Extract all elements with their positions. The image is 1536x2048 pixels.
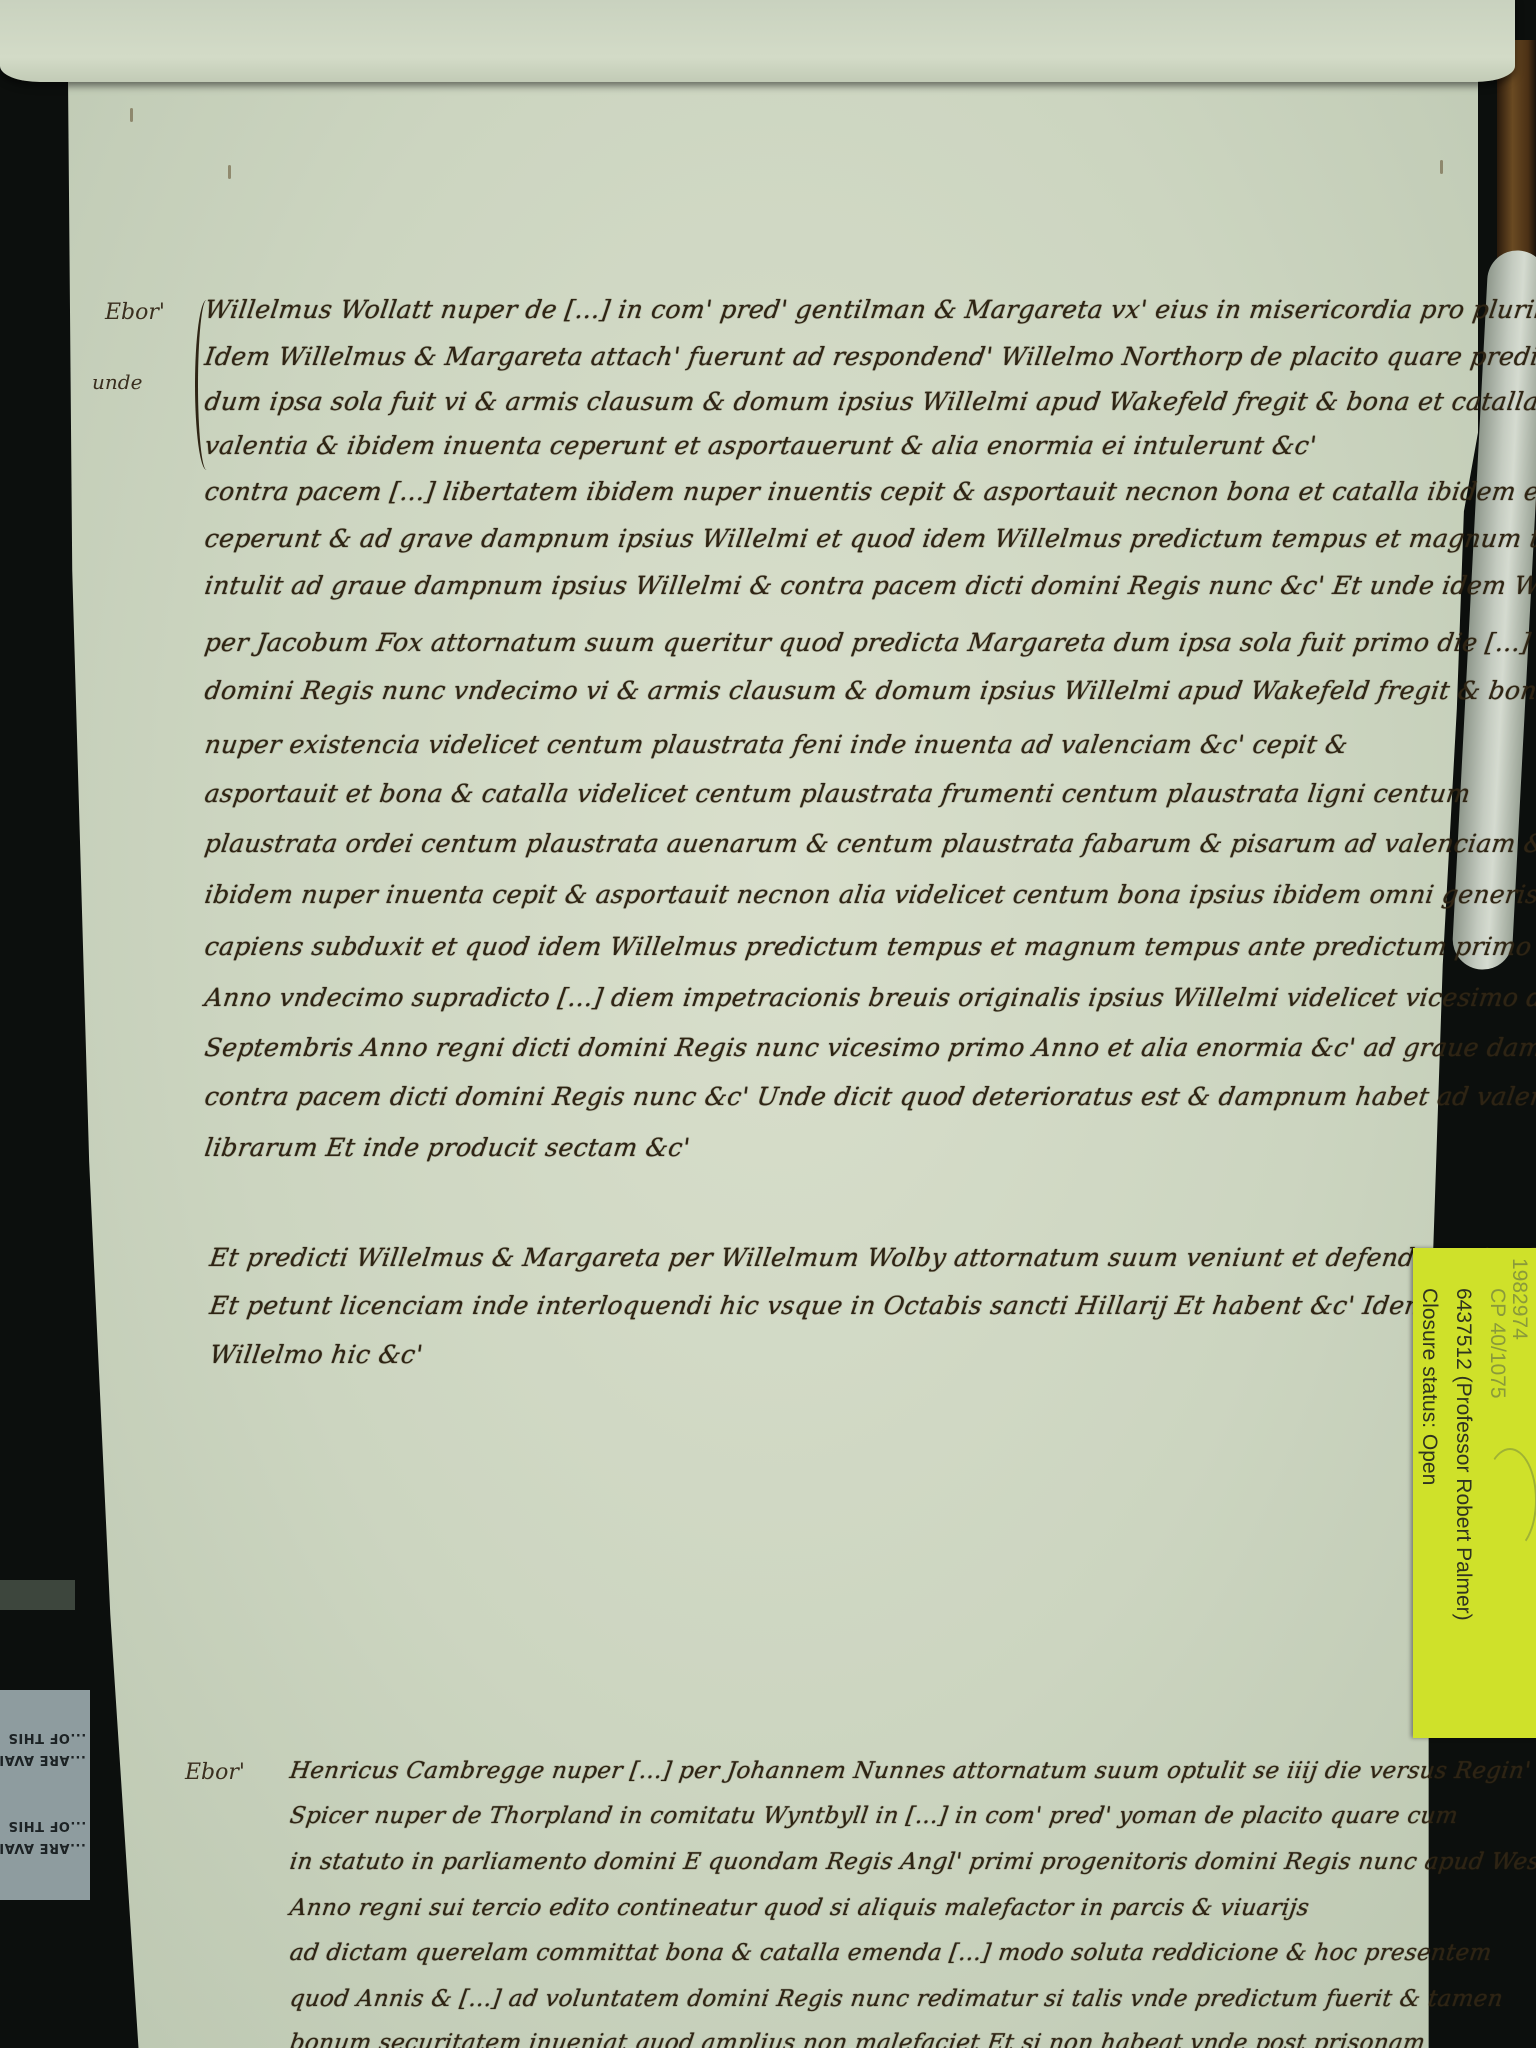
margin-note-county: Ebor' <box>105 300 165 325</box>
ink-speck <box>228 165 231 179</box>
manuscript-line: contra pacem [...] libertatem ibidem nup… <box>203 477 1536 506</box>
label-line-reference: CP 40/1075 <box>1485 1288 1509 1399</box>
manuscript-line: Anno vndecimo supradicto [...] diem impe… <box>203 983 1536 1012</box>
manuscript-line: nuper existencia videlicet centum plaust… <box>203 730 1350 759</box>
ink-speck <box>130 108 133 122</box>
margin-note-county: Ebor' <box>185 1760 245 1785</box>
manuscript-line: intulit ad graue dampnum ipsius Willelmi… <box>203 571 1536 600</box>
manuscript-line: valentia & ibidem inuenta ceperunt et as… <box>203 431 1318 460</box>
backing-notice-sheet: ...OF THIS ...ARE AVAIL ...OF THIS ...AR… <box>0 1690 90 1900</box>
manuscript-line: ceperunt & ad grave dampnum ipsius Wille… <box>203 524 1536 553</box>
manuscript-line: contra pacem dicti domini Regis nunc &c'… <box>203 1082 1536 1111</box>
notice-line: ...ARE AVAIL <box>0 1752 86 1767</box>
backing-board-edge <box>0 1580 75 1610</box>
archive-reference-label: 1982974 CP 40/1075 6437512 (Professor Ro… <box>1413 1248 1536 1738</box>
manuscript-line: quod Annis & [...] ad voluntatem domini … <box>288 1986 1504 2012</box>
ink-speck <box>1440 160 1443 174</box>
pencil-mark <box>1483 1448 1536 1552</box>
manuscript-line: Willelmo hic &c' <box>208 1340 425 1369</box>
manuscript-line: Septembris Anno regni dicti domini Regis… <box>203 1033 1536 1062</box>
manuscript-line: Et petunt licenciam inde interloquendi h… <box>208 1291 1536 1320</box>
label-line-order: 6437512 (Professor Robert Palmer) <box>1451 1288 1475 1621</box>
label-line-closure-status: Closure status: Open <box>1417 1288 1441 1485</box>
notice-line: ...ARE AVAIL <box>0 1840 86 1855</box>
parchment-membrane <box>68 78 1478 2048</box>
manuscript-line: plaustrata ordei centum plaustrata auena… <box>203 829 1536 858</box>
manuscript-line: dum ipsa sola fuit vi & armis clausum & … <box>203 387 1536 416</box>
manuscript-line: domini Regis nunc vndecimo vi & armis cl… <box>203 676 1536 705</box>
notice-line: ...OF THIS <box>8 1818 86 1833</box>
manuscript-line: Henricus Cambregge nuper [...] per Johan… <box>288 1758 1532 1784</box>
manuscript-line: capiens subduxit et quod idem Willelmus … <box>203 932 1536 961</box>
label-line-id: 1982974 <box>1507 1258 1531 1340</box>
manuscript-line: ibidem nuper inuenta cepit & asportauit … <box>203 880 1536 909</box>
manuscript-line: per Jacobum Fox attornatum suum queritur… <box>203 628 1536 657</box>
manuscript-line: ad dictam querelam committat bona & cata… <box>288 1940 1493 1966</box>
manuscript-line: bonum securitatem inueniat quod amplius … <box>288 2030 1427 2048</box>
manuscript-line: Willelmus Wollatt nuper de [...] in com'… <box>203 295 1536 324</box>
manuscript-line: Et predicti Willelmus & Margareta per Wi… <box>208 1243 1536 1272</box>
manuscript-line: librarum Et inde producit sectam &c' <box>203 1133 692 1162</box>
margin-note-unde: unde <box>92 370 142 394</box>
notice-line: ...OF THIS <box>8 1730 86 1745</box>
rolled-membrane-above <box>0 0 1515 82</box>
manuscript-line: in statuto in parliamento domini E quond… <box>288 1849 1536 1875</box>
manuscript-line: asportauit et bona & catalla videlicet c… <box>203 779 1472 808</box>
manuscript-line: Spicer nuper de Thorpland in comitatu Wy… <box>288 1803 1459 1829</box>
manuscript-line: Anno regni sui tercio edito contineatur … <box>288 1895 1311 1921</box>
manuscript-line: Idem Willelmus & Margareta attach' fueru… <box>203 342 1536 371</box>
